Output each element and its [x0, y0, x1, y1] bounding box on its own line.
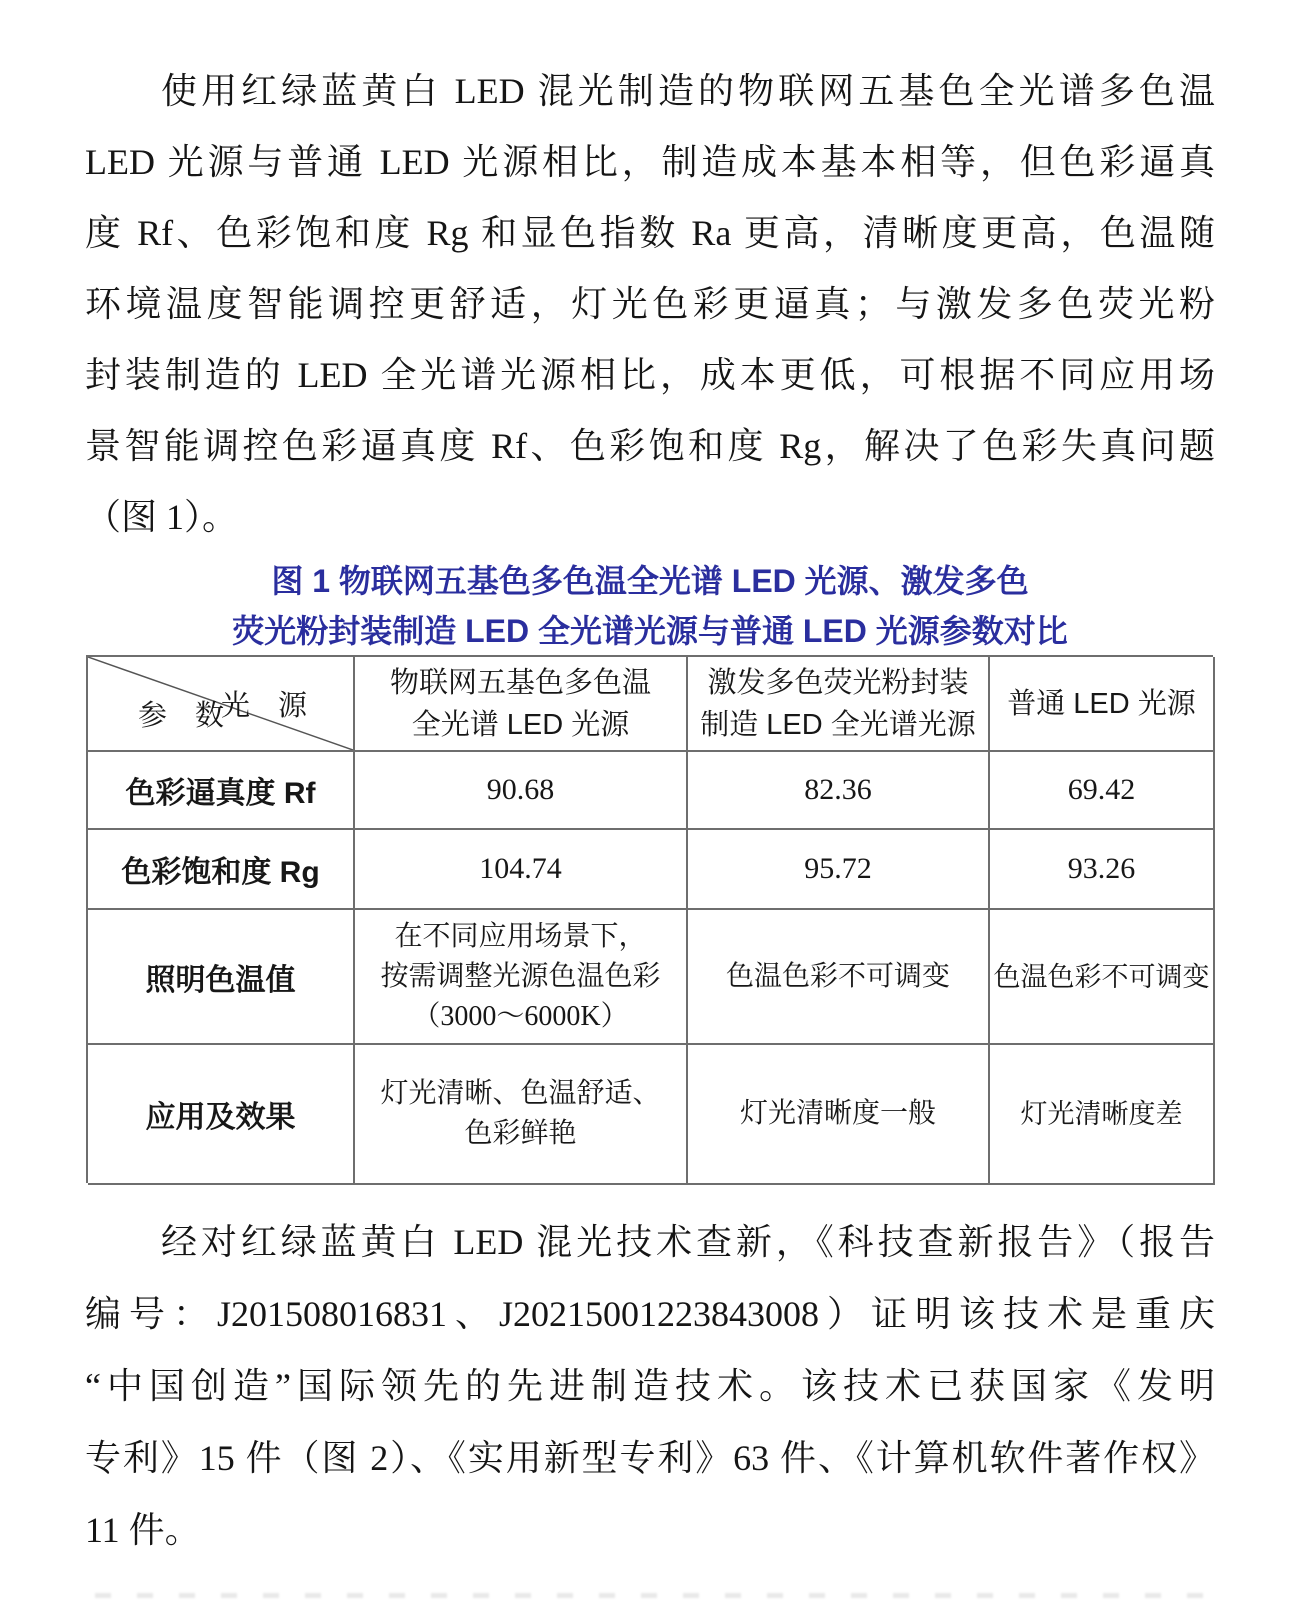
- header-line: 物联网五基色多色温: [390, 662, 651, 704]
- table-cell: 82.36: [688, 752, 990, 830]
- table-cell: 灯光清晰度一般: [688, 1045, 990, 1185]
- row-label-color-fidelity-rf: 色彩逼真度 Rf: [88, 752, 355, 830]
- cell-line: 灯光清晰度差: [1021, 1094, 1183, 1134]
- cell-line: 灯光清晰、色温舒适、: [380, 1074, 660, 1114]
- paragraph-line: 经对红绿蓝黄白 LED 混光技术查新，《科技查新报告》（报告: [85, 1206, 1215, 1278]
- table-cell: 104.74: [355, 830, 688, 910]
- paragraph-1: 使用红绿蓝黄白 LED 混光制造的物联网五基色全光谱多色温 LED 光源与普通 …: [85, 56, 1215, 553]
- header-line: 全光谱 LED 光源: [412, 704, 630, 746]
- paragraph-line: LED 光源与普通 LED 光源相比，制造成本基本相等，但色彩逼真: [85, 127, 1215, 198]
- table-header-iot-five-primary: 物联网五基色多色温 全光谱 LED 光源: [355, 657, 688, 752]
- paragraph-2: 经对红绿蓝黄白 LED 混光技术查新，《科技查新报告》（报告 编号：J20150…: [85, 1206, 1215, 1566]
- corner-label-light-source: 光 源: [221, 683, 317, 724]
- table-cell: 93.26: [990, 830, 1215, 910]
- table-cell: 在不同应用场景下， 按需调整光源色温色彩 （3000～6000K）: [355, 910, 688, 1045]
- paragraph-line: 编号：J201508016831、J20215001223843008）证明该技…: [85, 1278, 1215, 1350]
- figure-caption-line-1: 图 1 物联网五基色多色温全光谱 LED 光源、激发多色: [85, 556, 1215, 606]
- table-cell: 灯光清晰度差: [990, 1045, 1215, 1185]
- table-cell: 色温色彩不可调变: [688, 910, 990, 1045]
- cell-line: 色温色彩不可调变: [726, 957, 950, 997]
- comparison-table: 光 源 参 数 物联网五基色多色温 全光谱 LED 光源 激发多色荧光粉封装 制…: [86, 655, 1213, 1183]
- cell-line: 灯光清晰度一般: [740, 1094, 936, 1134]
- table-header-phosphor-packaged: 激发多色荧光粉封装 制造 LED 全光谱光源: [688, 657, 990, 752]
- header-line: 激发多色荧光粉封装: [707, 662, 968, 704]
- paragraph-line: （图 1）。: [85, 482, 1215, 553]
- document-page: 使用红绿蓝黄白 LED 混光制造的物联网五基色全光谱多色温 LED 光源与普通 …: [0, 0, 1299, 1600]
- paragraph-line: 11 件。: [85, 1494, 1215, 1566]
- cell-line: 色温色彩不可调变: [994, 957, 1210, 997]
- row-label-color-gamut-rg: 色彩饱和度 Rg: [88, 830, 355, 910]
- paragraph-line: “中国创造”国际领先的先进制造技术。该技术已获国家《发明: [85, 1350, 1215, 1422]
- header-line: 制造 LED 全光谱光源: [700, 704, 976, 746]
- paragraph-line: 景智能调控色彩逼真度 Rf、色彩饱和度 Rg，解决了色彩失真问题: [85, 411, 1215, 482]
- cell-line: 在不同应用场景下，: [394, 917, 646, 957]
- table-cell: 灯光清晰、色温舒适、 色彩鲜艳: [355, 1045, 688, 1185]
- cut-off-text-artifact: [95, 1593, 1205, 1598]
- table-corner-cell: 光 源 参 数: [88, 657, 355, 752]
- table-cell: 69.42: [990, 752, 1215, 830]
- paragraph-line: 使用红绿蓝黄白 LED 混光制造的物联网五基色全光谱多色温: [85, 56, 1215, 127]
- header-line: 普通 LED 光源: [1007, 683, 1196, 725]
- figure-caption-line-2: 荧光粉封装制造 LED 全光谱光源与普通 LED 光源参数对比: [85, 606, 1215, 656]
- paragraph-line: 封装制造的 LED 全光谱光源相比，成本更低，可根据不同应用场: [85, 340, 1215, 411]
- cell-line: 按需调整光源色温色彩: [380, 957, 660, 997]
- row-label-color-temperature: 照明色温值: [88, 910, 355, 1045]
- paragraph-line: 专利》15 件（图 2）、《实用新型专利》63 件、《计算机软件著作权》: [85, 1422, 1215, 1494]
- cell-line: 色彩鲜艳: [464, 1114, 576, 1154]
- table-cell: 95.72: [688, 830, 990, 910]
- paragraph-line: 环境温度智能调控更舒适，灯光色彩更逼真；与激发多色荧光粉: [85, 269, 1215, 340]
- table-cell: 90.68: [355, 752, 688, 830]
- table-cell: 色温色彩不可调变: [990, 910, 1215, 1045]
- table-header-ordinary-led: 普通 LED 光源: [990, 657, 1215, 752]
- corner-label-parameter: 参 数: [138, 693, 234, 734]
- row-label-application-effect: 应用及效果: [88, 1045, 355, 1185]
- cell-line: （3000～6000K）: [412, 997, 628, 1037]
- paragraph-line: 度 Rf、色彩饱和度 Rg 和显色指数 Ra 更高，清晰度更高，色温随: [85, 198, 1215, 269]
- figure-caption: 图 1 物联网五基色多色温全光谱 LED 光源、激发多色 荧光粉封装制造 LED…: [85, 556, 1215, 656]
